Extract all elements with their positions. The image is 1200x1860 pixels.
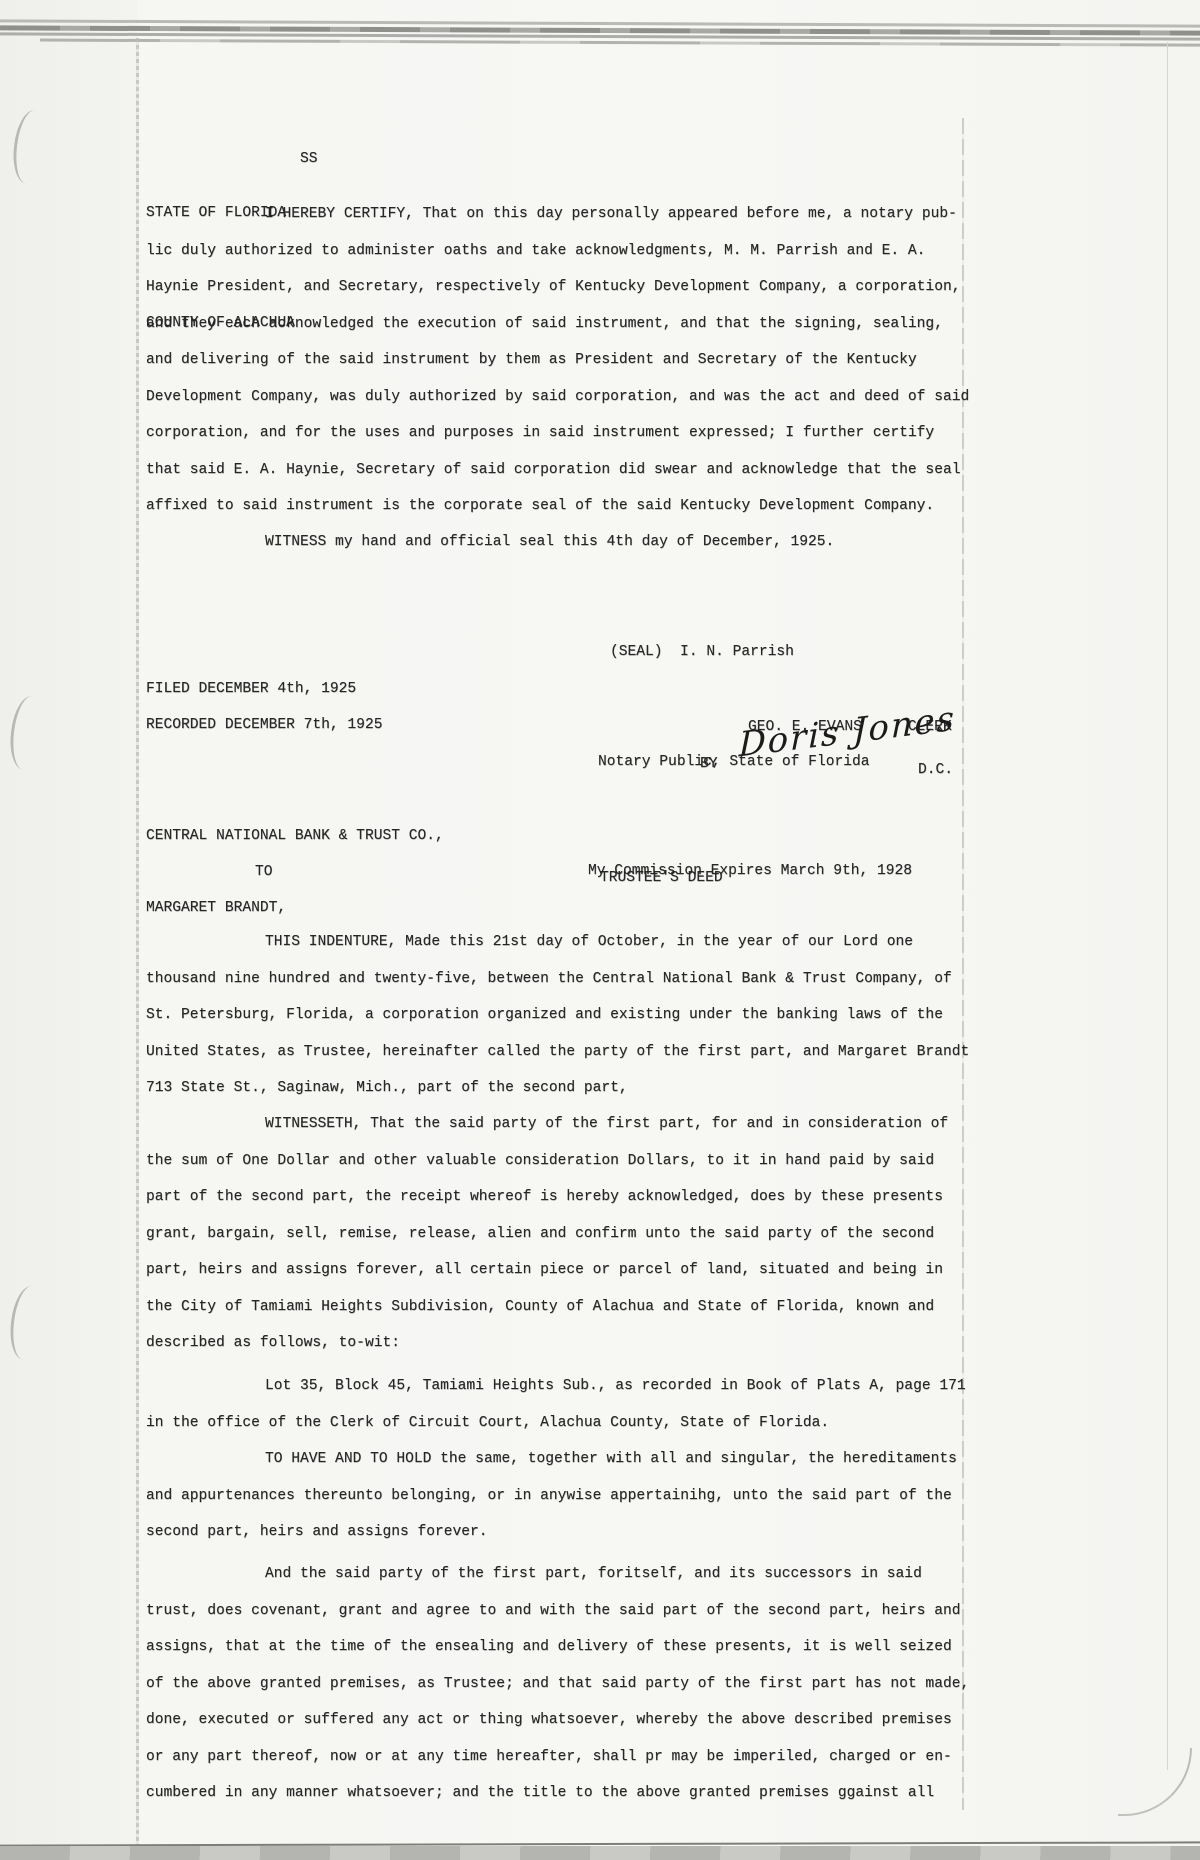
deputy-clerk-suffix: D.C. (918, 752, 953, 789)
document-text-line: lic duly authorized to administer oaths … (146, 233, 981, 270)
document-text-line: grant, bargain, sell, remise, release, a… (146, 1216, 981, 1253)
document-text-line: Lot 35, Block 45, Tamiami Heights Sub., … (146, 1368, 981, 1405)
document-text-line: THIS INDENTURE, Made this 21st day of Oc… (146, 924, 981, 961)
notary-certificate-paragraph: I HEREBY CERTIFY, That on this day perso… (146, 196, 981, 525)
document-text-line: and delivering of the said instrument by… (146, 342, 981, 379)
document-text-line: described as follows, to-wit: (146, 1325, 981, 1362)
document-text-line: second part, heirs and assigns forever. (146, 1514, 981, 1551)
deed-doc-type: TRUSTEE'S DEED (600, 860, 723, 897)
deed-to-label: TO (255, 854, 273, 891)
covenant-paragraph: And the said party of the first part, fo… (146, 1556, 981, 1812)
document-text-line: and appurtenances thereunto belonging, o… (146, 1478, 981, 1515)
document-text-line: and they each acknowledged the execution… (146, 306, 981, 343)
paper-left-margin (0, 0, 137, 1860)
document-text-line: cumbered in any manner whatsoever; and t… (146, 1775, 981, 1812)
document-text-line: done, executed or suffered any act or th… (146, 1702, 981, 1739)
indenture-paragraph: THIS INDENTURE, Made this 21st day of Oc… (146, 924, 981, 1107)
habendum-paragraph: TO HAVE AND TO HOLD the same, together w… (146, 1441, 981, 1551)
document-text-line: TO HAVE AND TO HOLD the same, together w… (146, 1441, 981, 1478)
deed-grantor: CENTRAL NATIONAL BANK & TRUST CO., (146, 818, 444, 855)
witness-clause: WITNESS my hand and official seal this 4… (265, 524, 834, 561)
document-text-line: part of the second part, the receipt whe… (146, 1179, 981, 1216)
document-text-line: assigns, that at the time of the enseali… (146, 1629, 981, 1666)
ss-label: SS (300, 141, 318, 178)
document-text-line: 713 State St., Saginaw, Mich., part of t… (146, 1070, 981, 1107)
filed-stamp: FILED DECEMBER 4th, 1925 (146, 671, 356, 708)
document-text-line: corporation, and for the uses and purpos… (146, 415, 981, 452)
witnesseth-paragraph: WITNESSETH, That the said party of the f… (146, 1106, 981, 1362)
document-text-line: that said E. A. Haynie, Secretary of sai… (146, 452, 981, 489)
page-edge-rule (1167, 42, 1168, 1770)
scan-edge-bottom (0, 1846, 1200, 1860)
document-text-line: trust, does covenant, grant and agree to… (146, 1593, 981, 1630)
document-text-line: part, heirs and assigns forever, all cer… (146, 1252, 981, 1289)
document-text-line: Haynie President, and Secretary, respect… (146, 269, 981, 306)
document-text-line: the sum of One Dollar and other valuable… (146, 1143, 981, 1180)
document-text-line: or any part thereof, now or at any time … (146, 1739, 981, 1776)
deed-grantee: MARGARET BRANDT, (146, 890, 286, 927)
seal-line: (SEAL) I. N. Parrish (610, 634, 912, 671)
document-text-line: Development Company, was duly authorized… (146, 379, 981, 416)
by-label: BY (700, 746, 718, 783)
document-text-line: And the said party of the first part, fo… (146, 1556, 981, 1593)
recorded-stamp: RECORDED DECEMBER 7th, 1925 (146, 707, 382, 744)
document-text-line: I HEREBY CERTIFY, That on this day perso… (146, 196, 981, 233)
document-text-line: in the office of the Clerk of Circuit Co… (146, 1405, 981, 1442)
scan-edge-top (0, 17, 1200, 52)
left-margin-rule (136, 38, 139, 1860)
document-text-line: of the above granted premises, as Truste… (146, 1666, 981, 1703)
document-text-line: WITNESSETH, That the said party of the f… (146, 1106, 981, 1143)
document-text-line: the City of Tamiami Heights Subdivision,… (146, 1289, 981, 1326)
document-text-line: thousand nine hundred and twenty-five, b… (146, 961, 981, 998)
document-text-line: affixed to said instrument is the corpor… (146, 488, 981, 525)
document-text-line: St. Petersburg, Florida, a corporation o… (146, 997, 981, 1034)
lot-description-paragraph: Lot 35, Block 45, Tamiami Heights Sub., … (146, 1368, 981, 1441)
document-text-line: United States, as Trustee, hereinafter c… (146, 1034, 981, 1071)
